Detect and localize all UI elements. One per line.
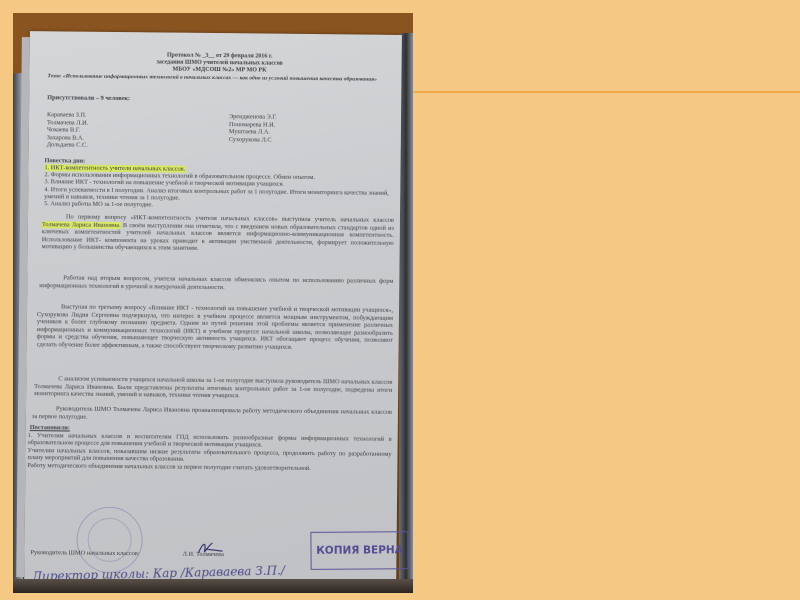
- round-seal-stamp: [76, 507, 143, 574]
- resolved-list: 1. Учителям начальных классов и воспитат…: [27, 432, 391, 473]
- paragraph-second-question: Работая над вторым вопросом, учителя нач…: [39, 274, 393, 293]
- document-photo: Протокол № _3__ от 29 февраля 2016 г. за…: [13, 13, 413, 593]
- attendee: Сухорукова Л.С: [229, 136, 369, 145]
- attendance-title: Присутствовали – 9 человек:: [47, 94, 130, 102]
- protocol-page: Протокол № _3__ от 29 февраля 2016 г. за…: [24, 31, 402, 593]
- highlighted-name: Толмачева Лариса Ивановна.: [42, 221, 121, 229]
- accent-line: [413, 91, 800, 93]
- signature-scribble-icon: [194, 539, 224, 557]
- paragraph-analysis: Руководитель ШМО Толмачева Лариса Иванов…: [32, 405, 392, 424]
- protocol-topic: Тема: «Использование информационных техн…: [47, 73, 392, 83]
- photo-bottom-edge: [13, 579, 413, 593]
- attendees-right: Эрендженова Э.Г. Пономарева Н.И. Муштаев…: [229, 113, 369, 144]
- resolved-title: Постановили:: [30, 424, 70, 432]
- attendees-left: Караваева З.П. Толмачева Л.И. Чокаева В.…: [47, 111, 187, 150]
- signature-label: Руководитель ШМО начальных классов:: [30, 549, 139, 557]
- agenda-list: 1. ИКТ-компетентность учителя начальных …: [44, 164, 394, 211]
- copy-verified-stamp: КОПИЯ ВЕРНА: [310, 531, 408, 570]
- signature-line: Руководитель ШМО начальных классов: Л.И.…: [30, 549, 310, 560]
- binder-edge-right: [399, 33, 413, 593]
- attendee: Дольдаева С.С.: [47, 141, 187, 150]
- paragraph-performance: С анализом успеваемости учащихся начальн…: [34, 375, 392, 402]
- paragraph-first-question: По первому вопросу «ИКТ-компетентность у…: [42, 213, 394, 255]
- protocol-header: Протокол № _3__ от 29 февраля 2016 г. за…: [120, 52, 320, 75]
- paragraph-third-question: Выступая по третьему вопросу «Влияние ИК…: [37, 303, 393, 352]
